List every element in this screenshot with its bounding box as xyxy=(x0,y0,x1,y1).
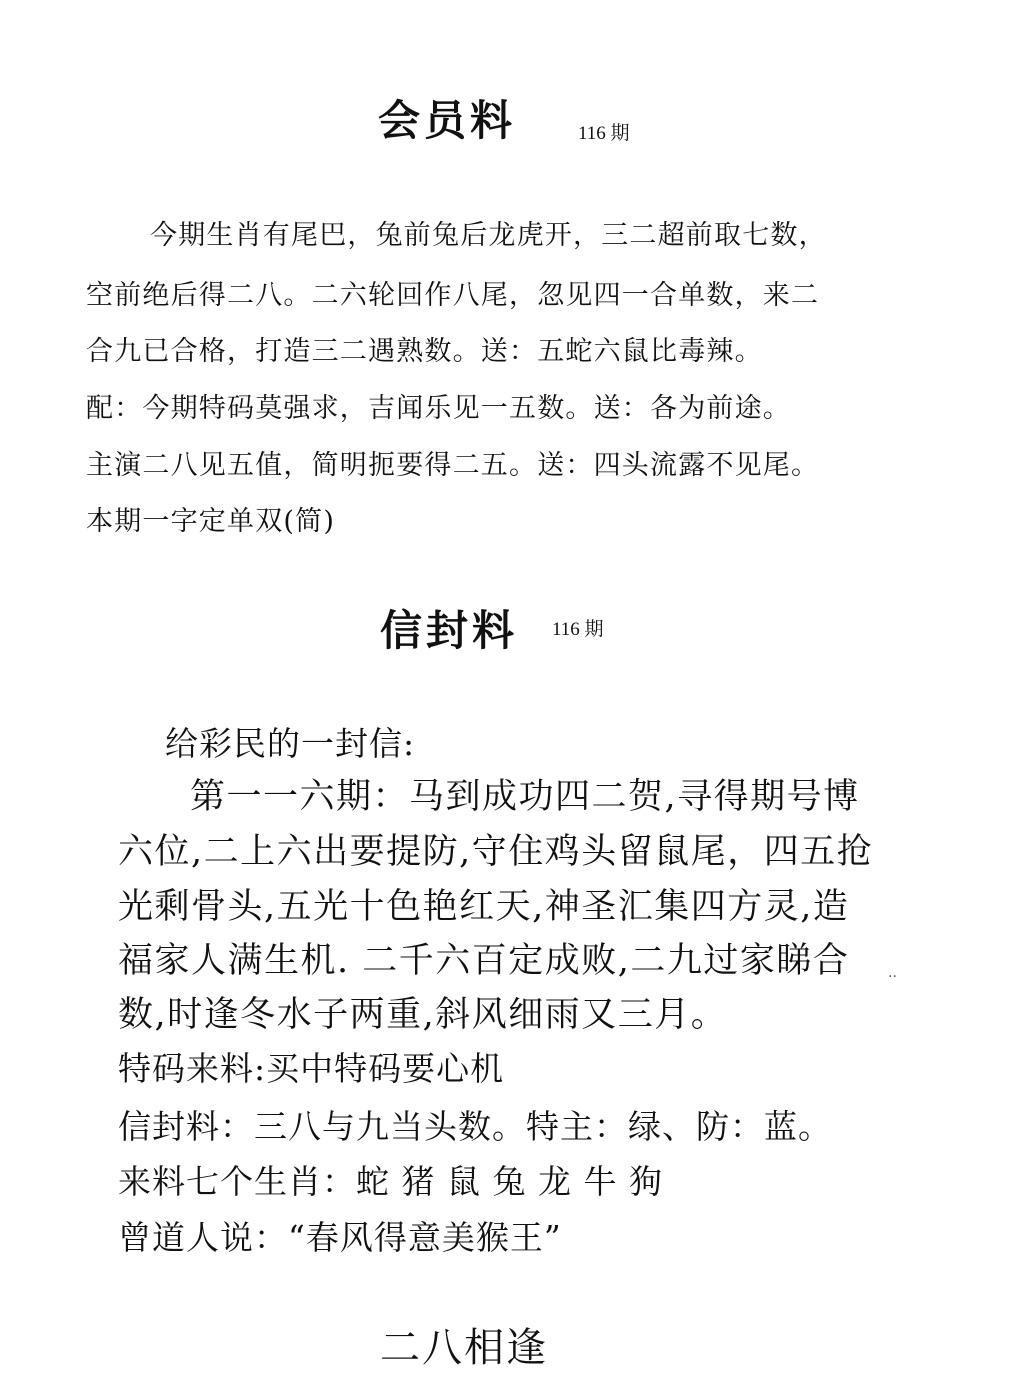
letter-line: 福家人满生机. 二千六百定成败,二九过家睇合 xyxy=(118,944,849,979)
issue-number: 116 期 xyxy=(552,620,604,639)
member-text-line: 合九已合格，打造三二遇熟数。送：五蛇六鼠比毒辣。 xyxy=(86,338,763,365)
letter-line: 数,时逢冬水子两重,斜风细雨又三月。 xyxy=(118,998,727,1033)
issue-number: 116 期 xyxy=(578,124,630,143)
section-title-envelope: 信封料 xyxy=(380,610,518,652)
envelope-item: 来料七个生肖：蛇 猪 鼠 兔 龙 牛 狗 xyxy=(118,1165,663,1198)
member-text-line: 配：今期特码莫强求，吉闻乐见一五数。送：各为前途。 xyxy=(86,395,791,422)
member-text-line: 主演二八见五值，简明扼要得二五。送：四头流露不见尾。 xyxy=(86,452,819,479)
envelope-item: 信封料：三八与九当头数。特主：绿、防：蓝。 xyxy=(118,1110,832,1143)
letter-line: 第一一六期：马到成功四二贺,寻得期号博 xyxy=(190,780,860,815)
letter-line: 光剩骨头,五光十色艳红天,神圣汇集四方灵,造 xyxy=(118,890,849,925)
member-text-line: 空前绝后得二八。二六轮回作八尾，忽见四一合单数，来二 xyxy=(86,282,819,309)
member-text-line: 今期生肖有尾巴，兔前兔后龙虎开，三二超前取七数， xyxy=(150,222,827,249)
envelope-item: 曾道人说：“春风得意美猴王” xyxy=(118,1221,562,1254)
footer-title: 二八相逢 xyxy=(380,1328,548,1368)
member-text-line: 本期一字定单双(简) xyxy=(86,508,335,535)
letter-line: 六位,二上六出要提防,守住鸡头留鼠尾，四五抢 xyxy=(118,835,873,870)
stray-dots: .. xyxy=(888,965,897,981)
section-title-member: 会员料 xyxy=(378,100,516,142)
letter-greeting: 给彩民的一封信: xyxy=(165,727,415,760)
envelope-item: 特码来料:买中特码要心机 xyxy=(118,1052,504,1085)
